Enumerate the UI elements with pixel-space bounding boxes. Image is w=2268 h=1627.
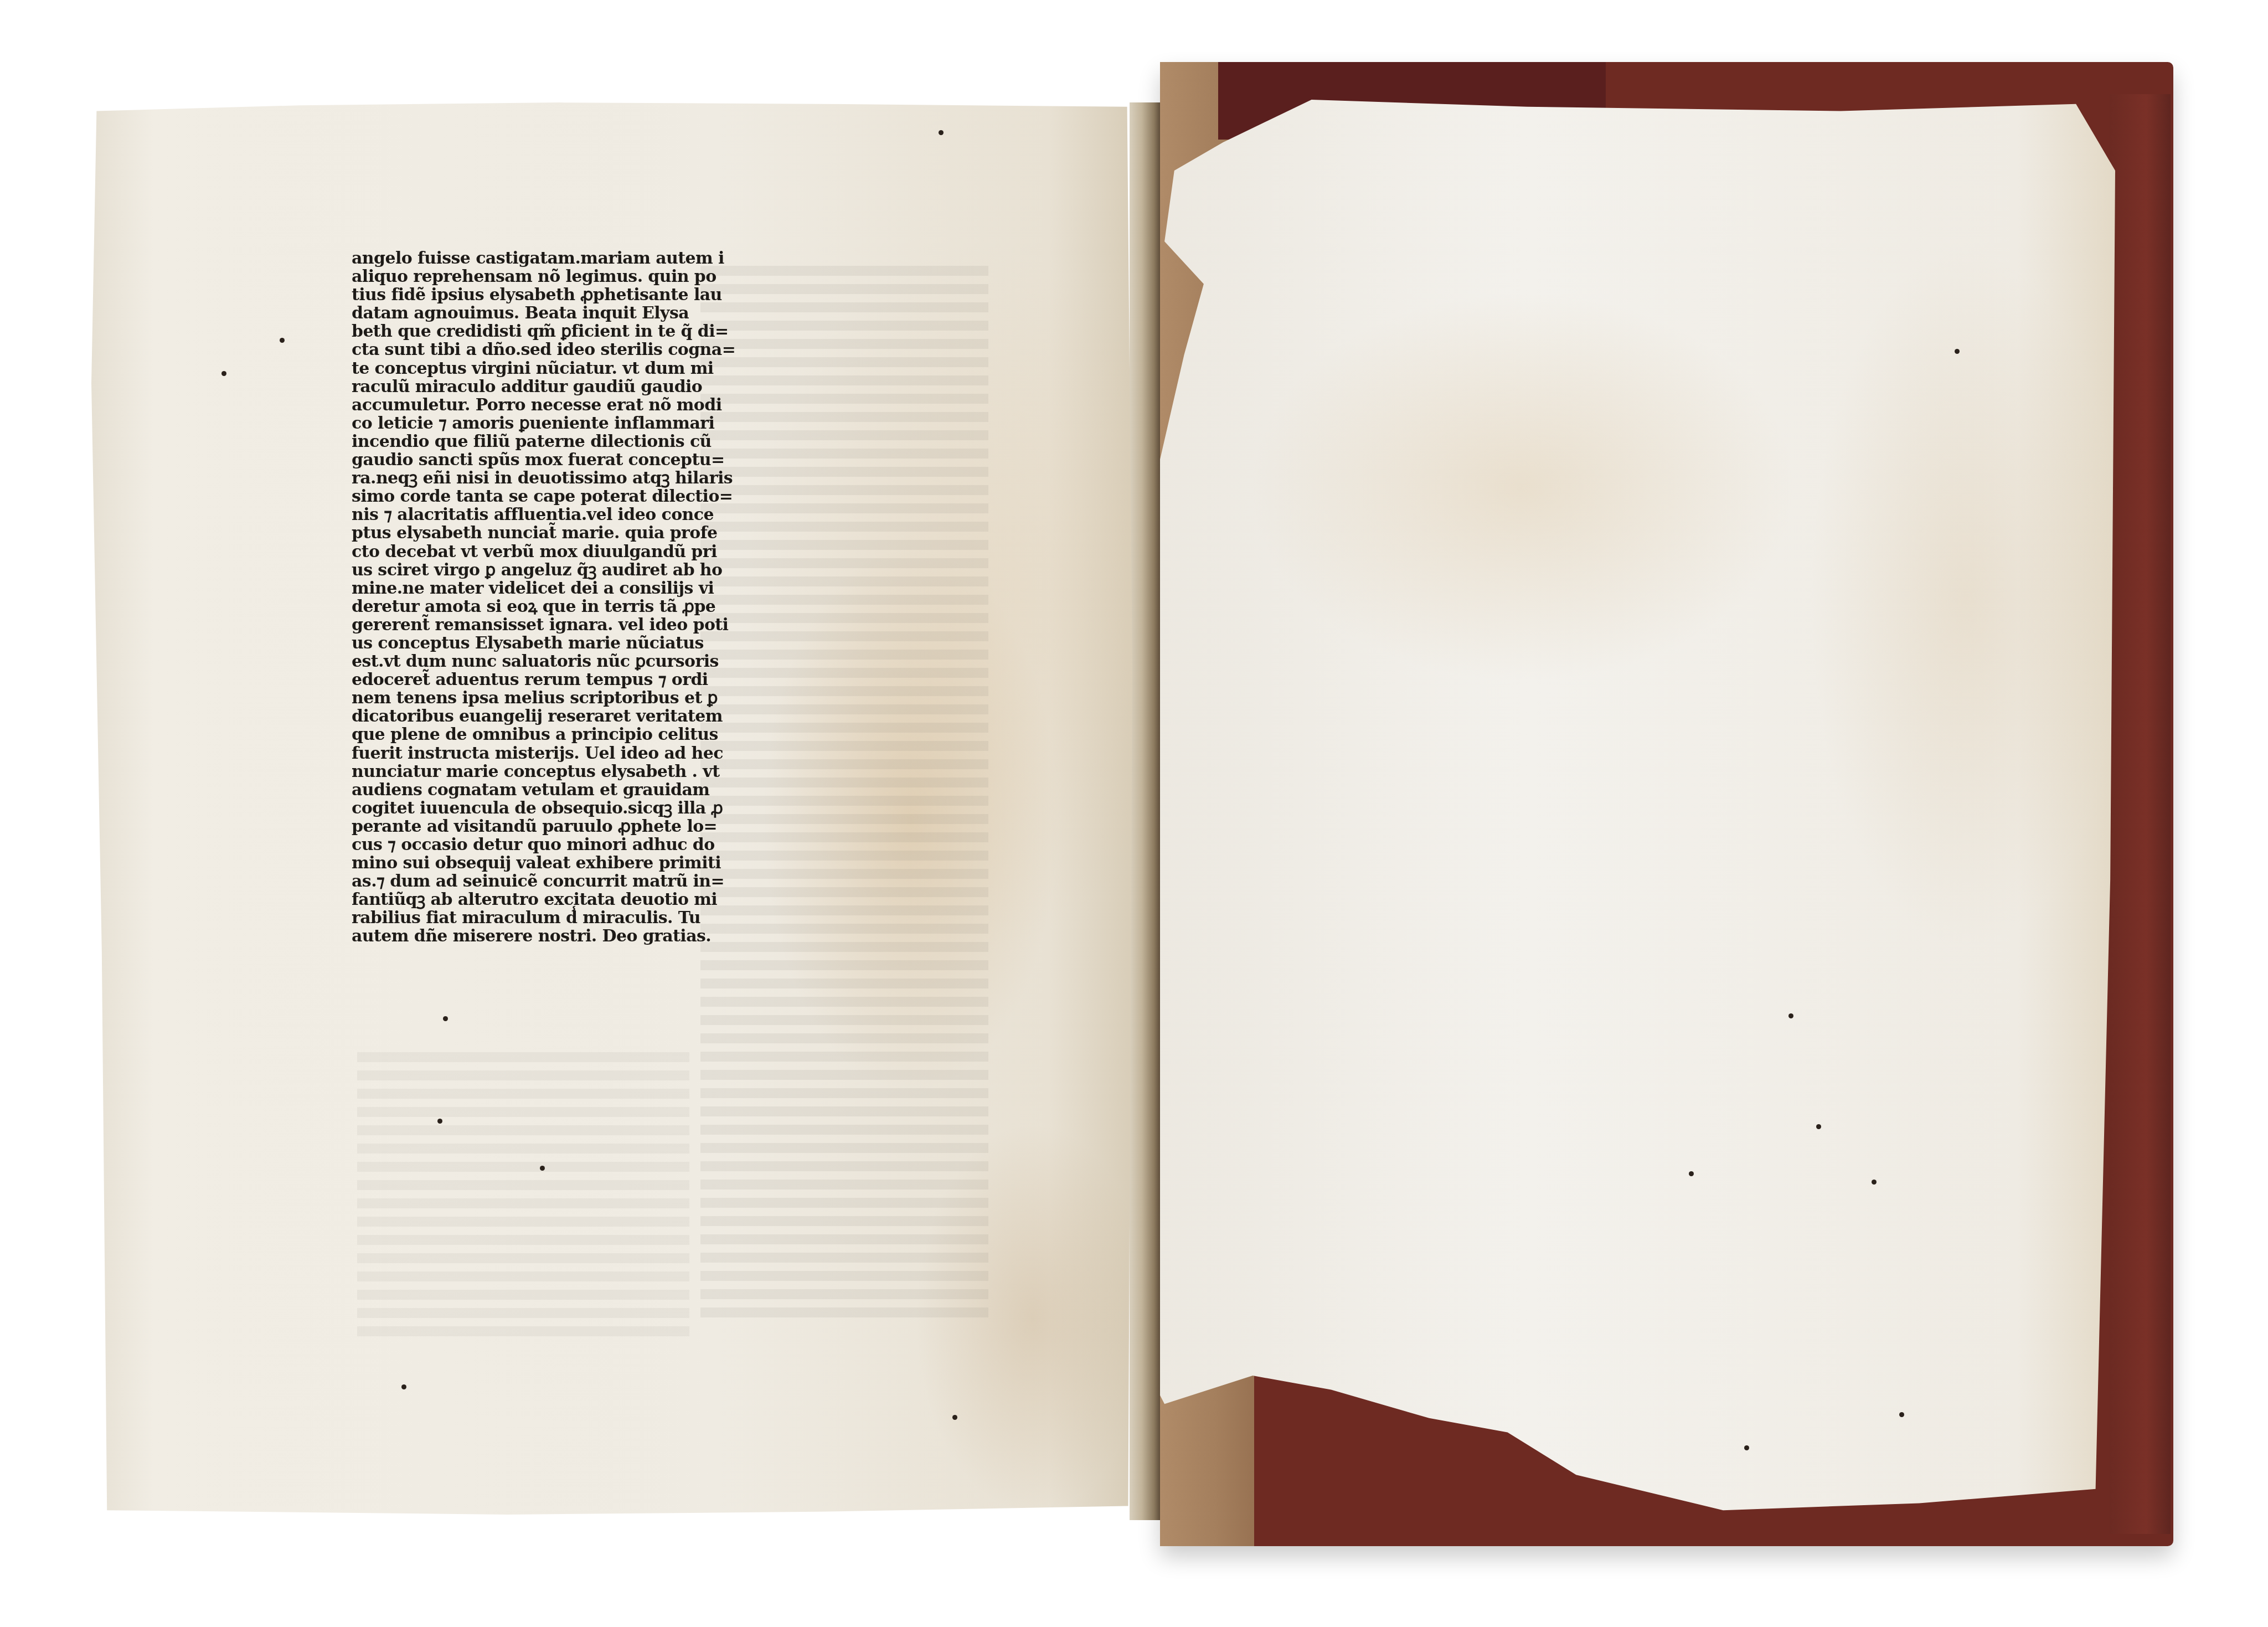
text-line: est.vt dum nunc saluatoris nũc ꝑcursoris: [352, 652, 678, 671]
wormhole: [540, 1166, 545, 1171]
text-line: mino sui obsequij valeat exhibere primit…: [352, 854, 678, 872]
text-line: beth que credidisti qm̃ ꝑficient in te q…: [352, 322, 678, 341]
text-line: co leticie ⁊ amoris ꝑueniente inflammari: [352, 414, 678, 433]
wormhole: [401, 1384, 406, 1389]
right-pastedown-leaf: [1135, 100, 2115, 1517]
text-line: cta sunt tibi a dño.sed ideo sterilis co…: [352, 341, 678, 359]
text-line: incendio que filiũ paterne dilectionis c…: [352, 433, 678, 451]
text-line: que plene de omnibus a principio celitus: [352, 725, 678, 744]
text-line: te conceptus virgini nũciatur. vt dum mi: [352, 359, 678, 378]
text-line: autem dñe miserere nostri. Deo gratias.: [352, 927, 678, 945]
wormhole: [1689, 1171, 1694, 1176]
text-line: ra.neqꝫ eñi nisi in deuotissimo atqꝫ hil…: [352, 469, 678, 487]
wormhole: [280, 338, 285, 343]
text-line: edoceret̃ aduentus rerum tempus ⁊ ordi: [352, 671, 678, 689]
text-line: ptus elysabeth nunciat̃ marie. quia prof…: [352, 524, 678, 542]
text-line: nem tenens ipsa melius scriptoribus et ꝑ: [352, 689, 678, 707]
text-line: gererent̃ remansisset ignara. vel ideo p…: [352, 616, 678, 634]
text-line: us sciret virgo ꝑ angeluz q̃ꝫ audiret ab…: [352, 561, 678, 579]
text-line: as.⁊ dum ad seinuicẽ concurrit matrũ in=: [352, 872, 678, 890]
text-line: mine.ne mater videlicet dei a consilijs …: [352, 579, 678, 598]
text-line: cogitet iuuencula de obsequio.sicqꝫ illa…: [352, 799, 678, 817]
wormhole: [437, 1119, 442, 1124]
text-line: us conceptus Elysabeth marie nũciatus: [352, 634, 678, 652]
text-line: nis ⁊ alacritatis affluentia.vel ideo co…: [352, 506, 678, 524]
left-printed-leaf: angelo fuisse castigatam.mariam autem i …: [91, 100, 1132, 1517]
wormhole: [1899, 1412, 1904, 1417]
text-line: audiens cognatam vetulam et grauidam: [352, 781, 678, 799]
text-line: cto decebat vt verbũ mox diuulgandũ pri: [352, 543, 678, 561]
text-line: perante ad visitandũ paruulo ꝓphete lo=: [352, 817, 678, 836]
leather-turn-in-right: [2110, 94, 2171, 1534]
wormhole: [1788, 1013, 1793, 1018]
text-line: gaudio sancti spũs mox fuerat conceptu=: [352, 451, 678, 469]
show-through-text-lower: [357, 1052, 689, 1340]
wormhole: [952, 1415, 957, 1420]
wormhole: [1744, 1445, 1749, 1450]
spine-gutter: [1130, 102, 1160, 1520]
text-line: nunciatur marie conceptus elysabeth . vt: [352, 763, 678, 781]
book-opening: angelo fuisse castigatam.mariam autem i …: [0, 0, 2268, 1627]
text-line: raculũ miraculo additur gaudiũ gaudio: [352, 378, 678, 396]
text-line: fantiũqꝫ ab alterutro excitata deuotio m…: [352, 890, 678, 909]
wormhole: [221, 371, 226, 376]
wormhole: [443, 1016, 448, 1021]
text-line: cus ⁊ occasio detur quo minori adhuc do: [352, 836, 678, 854]
wormhole: [939, 130, 944, 135]
show-through-text-column: [700, 266, 988, 1318]
wormhole: [1816, 1124, 1821, 1129]
text-line: accumuletur. Porro necesse erat nõ modi: [352, 396, 678, 414]
printed-text-column: angelo fuisse castigatam.mariam autem i …: [352, 249, 678, 946]
wormhole: [1955, 349, 1960, 354]
text-line: angelo fuisse castigatam.mariam autem i: [352, 249, 678, 267]
text-line: aliquo reprehensam nõ legimus. quin po: [352, 267, 678, 286]
text-line: deretur amota si eoꝝ que in terris tã ꝓp…: [352, 598, 678, 616]
text-line: datam agnouimus. Beata inquit Elysa: [352, 304, 678, 322]
text-line: tius fidẽ ipsius elysabeth ꝓphetisante l…: [352, 286, 678, 304]
text-line: dicatoribus euangelij reseraret veritate…: [352, 707, 678, 725]
wormhole: [1872, 1180, 1877, 1185]
text-line: fuerit instructa misterijs. Uel ideo ad …: [352, 744, 678, 763]
text-line: rabilius fiat miraculum d̾ miraculis. Tu: [352, 909, 678, 927]
text-line: simo corde tanta se cape poterat dilecti…: [352, 487, 678, 506]
